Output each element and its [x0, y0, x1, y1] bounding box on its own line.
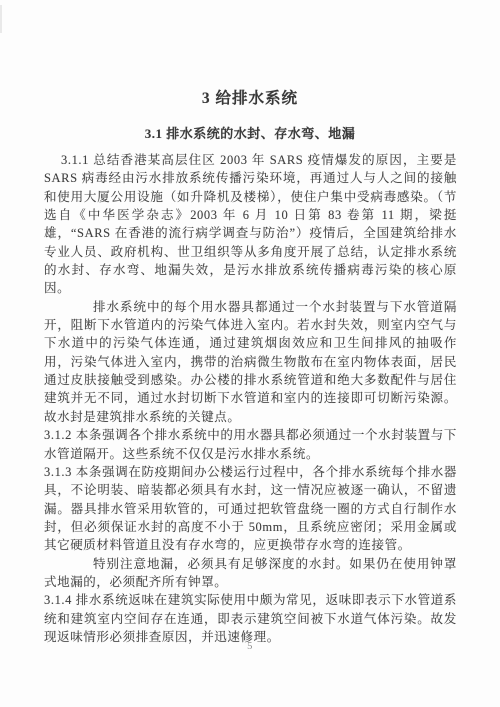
paragraph-3-1-1: 3.1.1 总结香港某高层住区 2003 年 SARS 疫情爆发的原因，主要是 … — [44, 151, 457, 298]
scan-edge-artifact — [0, 5, 2, 33]
paragraph-3-1-3: 3.1.3 本条强调在防疫期间办公楼运行过程中，各个排水系统每个排水器具，不论明… — [44, 463, 457, 555]
chapter-title: 3 给排水系统 — [0, 0, 500, 108]
document-body: 3.1.1 总结香港某高层住区 2003 年 SARS 疫情爆发的原因，主要是 … — [44, 151, 457, 646]
paragraph-3-1-4: 3.1.4 排水系统返味在建筑实际使用中颇为常见，返味即表示下水管道系统和建筑室… — [44, 591, 457, 646]
paragraph-3-1-1-explanation: 排水系统中的每个用水器具都通过一个水封装置与下水管道隔开，阻断下水管道内的污染气… — [44, 298, 457, 426]
page-number: 5 — [0, 641, 500, 652]
paragraph-3-1-2: 3.1.2 本条强调各个排水系统中的用水器具都必须通过一个水封装置与下水管道隔开… — [44, 426, 457, 463]
section-title: 3.1 排水系统的水封、存水弯、地漏 — [0, 123, 500, 142]
document-page: 3 给排水系统 3.1 排水系统的水封、存水弯、地漏 3.1.1 总结香港某高层… — [0, 0, 500, 707]
paragraph-3-1-3-note: 特别注意地漏，必须具有足够深度的水封。如果仍在使用钟罩式地漏的，必须配齐所有钟罩… — [44, 555, 457, 592]
